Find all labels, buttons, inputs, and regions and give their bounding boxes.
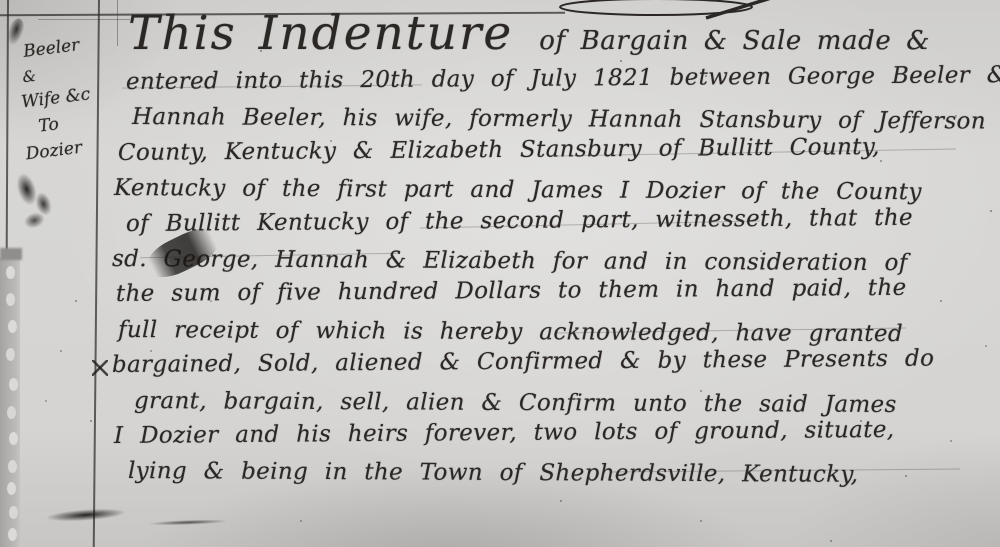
paper-speckles	[620, 60, 622, 62]
ink-cross-mark	[92, 360, 108, 376]
deed-heading: This Indenture of Bargain & Sale made &	[128, 6, 996, 61]
deed-line: of Bullitt Kentucky of the second part, …	[126, 200, 996, 242]
heading-rest: of Bargain & Sale made &	[539, 26, 930, 56]
deed-line: County, Kentucky & Elizabeth Stansbury o…	[118, 129, 996, 171]
margin-note-line: &	[22, 62, 95, 86]
binding-strip	[0, 258, 20, 547]
scanned-deed-page: Beeler & Wife &c To Dozier This Indentur…	[0, 0, 1000, 547]
heading-word-this: This	[128, 6, 237, 61]
margin-note-line: Beeler	[22, 36, 92, 61]
deed-line: lying & being in the Town of Shepherdsvi…	[128, 454, 996, 494]
deed-text: This Indenture of Bargain & Sale made & …	[112, 6, 996, 490]
ink-smudge	[29, 500, 142, 530]
margin-note-line: Dozier	[25, 137, 104, 163]
deed-line: bargained, Sold, aliened & Confirmed & b…	[112, 341, 996, 383]
deed-line: the sum of five hundred Dollars to them …	[116, 270, 996, 312]
deed-line: I Dozier and his heirs forever, two lots…	[114, 412, 996, 454]
margin-note-line: Wife &c	[21, 85, 99, 111]
ink-smudge	[3, 162, 67, 237]
margin-note-line: To	[38, 111, 102, 135]
heading-word-indenture: Indenture	[259, 6, 513, 61]
deed-line: entered into this 20th day of July 1821 …	[126, 58, 996, 100]
deed-body: entered into this 20th day of July 1821 …	[112, 65, 996, 490]
ink-smudge	[140, 514, 260, 530]
margin-note: Beeler & Wife &c To Dozier	[12, 36, 105, 173]
